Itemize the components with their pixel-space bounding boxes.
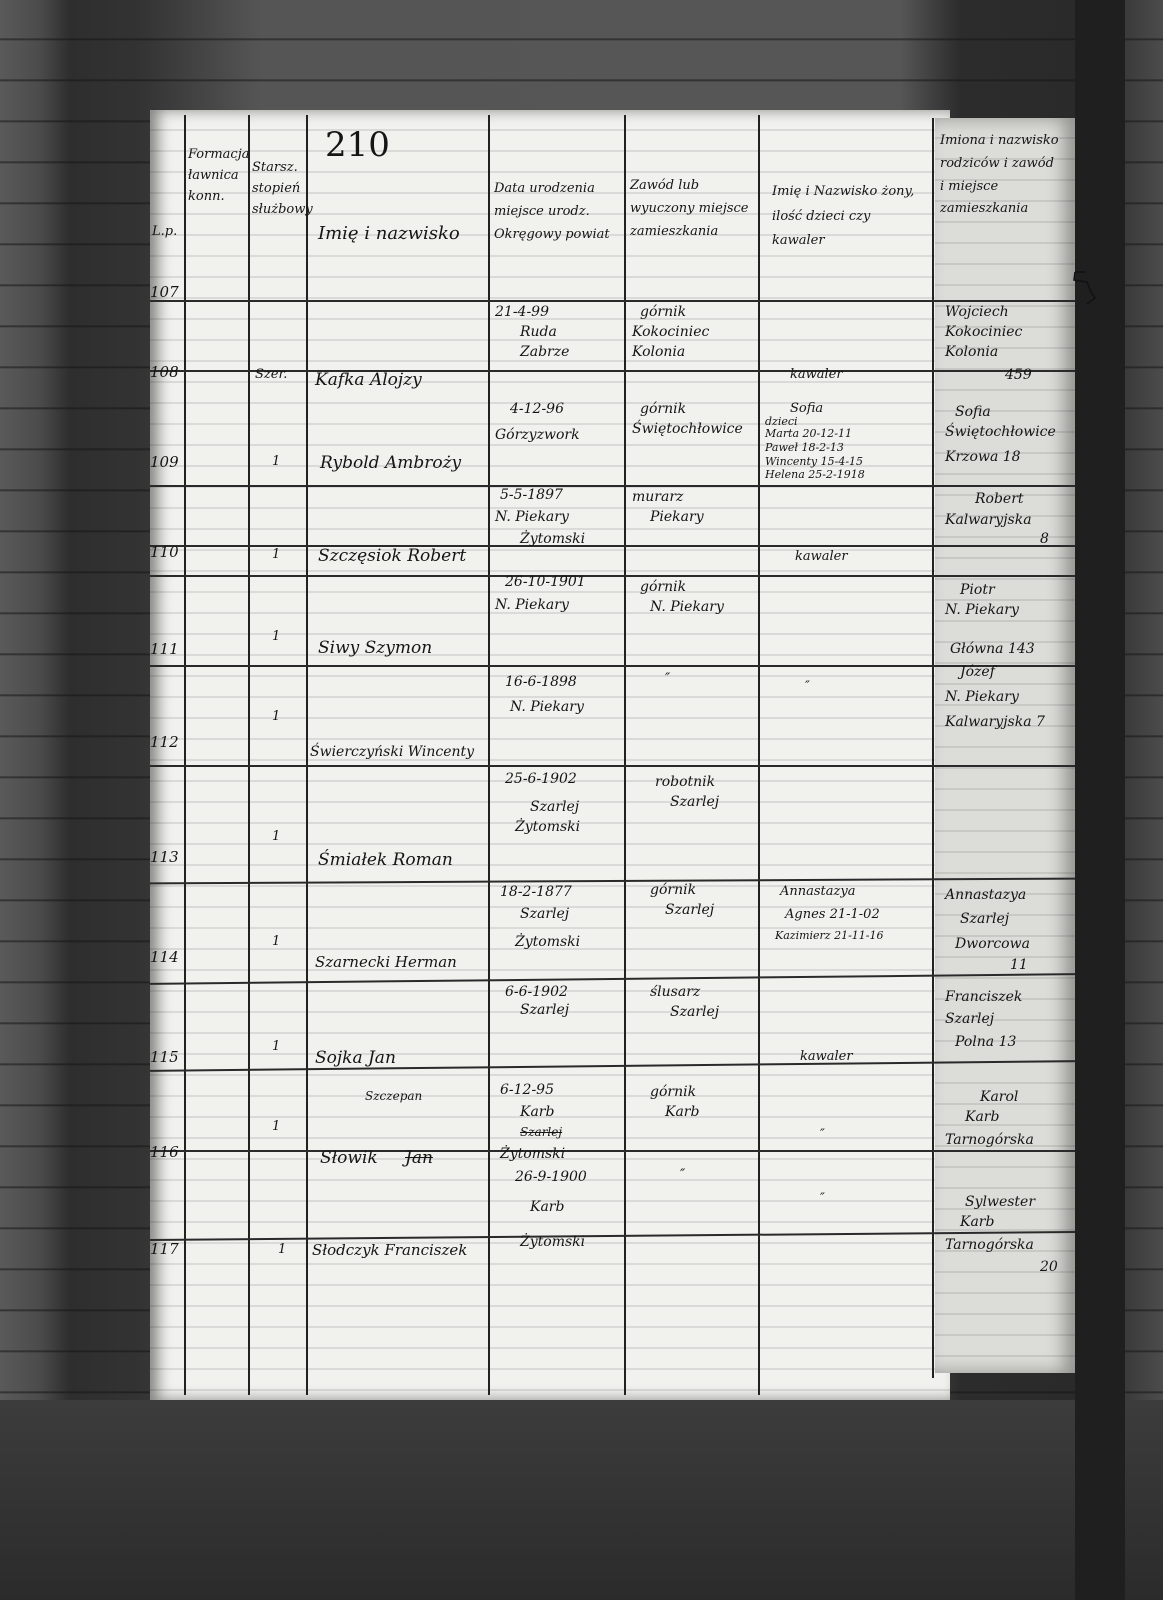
row-114-parent: Franciszek <box>945 990 1022 1004</box>
row-109-birth-place: N. Piekary <box>495 510 569 524</box>
row-116-parent: Sylwester <box>965 1195 1035 1209</box>
column-rule <box>184 115 186 1395</box>
row-116-parent-place: Karb <box>960 1215 994 1229</box>
row-107-occupation: górnik <box>640 305 686 319</box>
header-formation: Formacja ławnica konn. <box>188 145 246 207</box>
row-rule <box>150 300 1075 302</box>
row-109-birth-district: Żytomski <box>520 532 585 546</box>
row-109-lp: 109 <box>150 455 178 470</box>
row-110-family: kawaler <box>795 550 848 563</box>
row-113-birth-date: 18-2-1877 <box>500 885 572 899</box>
row-rule <box>150 665 1075 667</box>
row-115-birth-place: Karb <box>520 1105 554 1119</box>
row-115-rank: 1 <box>272 1040 280 1053</box>
row-116-lp: 116 <box>150 1145 178 1160</box>
row-109-children-label: dzieci <box>765 416 798 427</box>
row-rule <box>150 370 1075 372</box>
column-rule <box>932 118 934 1378</box>
row-115-birth-date: 6-12-95 <box>500 1083 554 1097</box>
row-108-name: Kafka Alojzy <box>315 372 422 389</box>
row-114-lp: 114 <box>150 950 178 965</box>
row-107-residence: Kokociniec <box>632 325 709 339</box>
row-117-name: Słodczyk Franciszek <box>312 1243 467 1258</box>
row-114-parent-place: Szarlej <box>945 1012 994 1026</box>
row-110-occupation: górnik <box>640 580 686 594</box>
row-115-name: Sojka Jan <box>315 1050 396 1067</box>
row-111-parent: Józef <box>960 665 995 679</box>
row-107-parent-number: 459 <box>1005 368 1032 382</box>
row-107-birth-date: 21-4-99 <box>495 305 549 319</box>
row-107-birth-district: Zabrze <box>520 345 569 359</box>
row-116-parent-number: 20 <box>1040 1260 1058 1274</box>
row-112-lp: 112 <box>150 735 178 750</box>
row-rule <box>150 545 1075 547</box>
row-113-birth-place: Szarlej <box>520 907 569 921</box>
row-112-birth-district: Żytomski <box>515 820 580 834</box>
row-107-lp: 107 <box>150 285 178 300</box>
row-111-family: ″ <box>805 680 810 693</box>
row-109-child-4: Helena 25-2-1918 <box>765 469 865 480</box>
row-116-name-struck: Jan <box>405 1150 433 1167</box>
row-111-name: Siwy Szymon <box>318 640 432 657</box>
row-113-lp: 113 <box>150 850 178 865</box>
row-110-birth-place: N. Piekary <box>495 598 569 612</box>
row-110-parent: Piotr <box>960 583 995 597</box>
row-115-occupation: górnik <box>650 1085 696 1099</box>
row-107-birth-place: Ruda <box>520 325 557 339</box>
row-116-parent-street: Tarnogórska <box>945 1238 1034 1252</box>
row-111-occupation: ″ <box>665 672 670 686</box>
row-113-child-2: Kazimierz 21-11-16 <box>775 930 884 941</box>
row-113-parent: Annastazya <box>945 888 1026 902</box>
row-116-birth-date: 26-9-1900 <box>515 1170 587 1184</box>
column-rule <box>624 115 626 1395</box>
row-111-lp: 111 <box>150 642 178 657</box>
row-110-parent-street: Główna 143 <box>950 642 1035 656</box>
row-114-birth-date: 6-6-1902 <box>505 985 568 999</box>
header-name: Imię i nazwisko <box>318 212 478 255</box>
row-112-name: Świerczyński Wincenty <box>310 745 474 759</box>
row-117-birth-district: Żytomski <box>520 1235 585 1249</box>
row-108-occupation: górnik <box>640 402 686 416</box>
row-rule <box>150 765 1075 767</box>
row-109-parent-street: Kalwaryjska <box>945 513 1032 527</box>
row-112-residence: Szarlej <box>670 795 719 809</box>
row-109-parent-number: 8 <box>1040 532 1049 546</box>
row-110-parent-place: N. Piekary <box>945 603 1019 617</box>
row-116-name: Słowik <box>320 1150 378 1167</box>
row-108-residence: Świętochłowice <box>632 422 743 436</box>
row-114-name: Szarnecki Herman <box>315 955 457 970</box>
row-113-parent-street: Dworcowa <box>955 937 1030 951</box>
page-number: 210 <box>325 128 390 162</box>
row-112-birth-date: 25-6-1902 <box>505 772 577 786</box>
row-108-birth-place: Górzyzwork <box>495 428 580 442</box>
row-115-name-note: Szczepan <box>365 1090 422 1102</box>
row-107-parent-place-2: Kolonia <box>945 345 998 359</box>
row-113-rank: 1 <box>272 830 280 843</box>
margin-squiggle-mark <box>1065 270 1105 305</box>
row-115-parent-place: Karb <box>965 1110 999 1124</box>
row-114-rank: 1 <box>272 935 280 948</box>
row-116-occupation: ″ <box>680 1168 685 1182</box>
header-family: Imię i Nazwisko żony, ilość dzieci czy k… <box>772 180 922 254</box>
row-110-rank: 1 <box>272 548 280 561</box>
row-109-child-3: Wincenty 15-4-15 <box>765 456 863 467</box>
row-114-parent-street: Polna 13 <box>955 1035 1016 1049</box>
row-113-name: Śmiałek Roman <box>318 852 453 869</box>
row-109-child-1: Marta 20-12-11 <box>765 428 852 439</box>
row-111-parent-place: N. Piekary <box>945 690 1019 704</box>
row-108-rank: Szer. <box>255 368 287 381</box>
row-112-birth-place: Szarlej <box>530 800 579 814</box>
row-113-occupation: górnik <box>650 883 696 897</box>
row-111-birth-place: N. Piekary <box>510 700 584 714</box>
row-115-residence: Karb <box>665 1105 699 1119</box>
row-110-residence: N. Piekary <box>650 600 724 614</box>
row-110-name: Szczęsiok Robert <box>318 548 466 565</box>
row-114-occupation: ślusarz <box>650 985 700 999</box>
column-rule <box>488 115 490 1395</box>
row-113-wife: Annastazya <box>780 885 855 898</box>
row-rule <box>150 485 1075 487</box>
row-109-child-2: Paweł 18-2-13 <box>765 442 844 453</box>
row-116-family: ″ <box>820 1192 825 1205</box>
header-birth: Data urodzenia miejsce urodz. Okręgowy p… <box>494 178 622 246</box>
row-113-birth-district: Żytomski <box>515 935 580 949</box>
row-108-birth-date: 4-12-96 <box>510 402 564 416</box>
row-108-parent: Sofia <box>955 405 991 419</box>
row-108-parent-street: Krzowa 18 <box>945 450 1021 464</box>
row-117-lp: 117 <box>150 1242 178 1257</box>
row-113-parent-place: Szarlej <box>960 912 1009 926</box>
row-109-birth-date: 5-5-1897 <box>500 488 563 502</box>
row-109-parent: Robert <box>975 492 1024 506</box>
row-113-child-1: Agnes 21-1-02 <box>785 908 880 921</box>
row-109-wife: Sofia <box>790 402 823 415</box>
row-117-rank: 1 <box>278 1243 286 1256</box>
header-occupation: Zawód lub wyuczony miejsce zamieszkania <box>630 175 750 243</box>
row-110-birth-date: 26-10-1901 <box>505 575 586 589</box>
row-rule <box>150 575 1075 577</box>
row-107-parent-place: Kokociniec <box>945 325 1022 339</box>
row-112-occupation: robotnik <box>655 775 715 789</box>
row-107-residence-2: Kolonia <box>632 345 685 359</box>
row-107-parent: Wojciech <box>945 305 1009 319</box>
header-rank: Starsz. stopień służbowy <box>252 158 304 220</box>
row-109-rank: 1 <box>272 455 280 468</box>
row-108-lp: 108 <box>150 365 178 380</box>
row-rule <box>150 1150 1075 1152</box>
row-111-rank: 1 <box>272 630 280 643</box>
column-rule <box>758 115 760 1395</box>
row-108-family: kawaler <box>790 368 843 381</box>
header-address: Imiona i nazwisko rodziców i zawód i mie… <box>940 130 1060 221</box>
row-109-residence: Piekary <box>650 510 704 524</box>
row-116-birth-struck: Szarlej <box>520 1126 562 1138</box>
row-108-parent-place: Świętochłowice <box>945 425 1056 439</box>
row-115-parent-street: Tarnogórska <box>945 1133 1034 1147</box>
row-115-family-ditto: ″ <box>820 1128 825 1141</box>
header-lp: L.p. <box>152 225 177 238</box>
scanner-bottom-shadow <box>0 1400 1163 1600</box>
row-115-family: kawaler <box>800 1050 853 1063</box>
row-109-occupation: murarz <box>632 490 683 504</box>
row-116-birth-place: Karb <box>530 1200 564 1214</box>
column-rule <box>248 115 250 1395</box>
row-112-rank: 1 <box>272 710 280 723</box>
row-111-parent-street: Kalwaryjska 7 <box>945 715 1045 729</box>
row-114-birth-place: Szarlej <box>520 1003 569 1017</box>
row-116-rank: 1 <box>272 1120 280 1133</box>
row-114-residence: Szarlej <box>670 1005 719 1019</box>
row-115-parent: Karol <box>980 1090 1018 1104</box>
row-113-residence: Szarlej <box>665 903 714 917</box>
row-110-lp: 110 <box>150 545 178 560</box>
scanner-right-shadow <box>1075 0 1125 1600</box>
row-115-lp: 115 <box>150 1050 178 1065</box>
row-116-birth-district: Żytomski <box>500 1147 565 1161</box>
row-113-parent-number: 11 <box>1010 958 1028 972</box>
row-109-name: Rybold Ambroży <box>320 455 461 472</box>
row-111-birth-date: 16-6-1898 <box>505 675 577 689</box>
column-rule <box>306 115 308 1395</box>
